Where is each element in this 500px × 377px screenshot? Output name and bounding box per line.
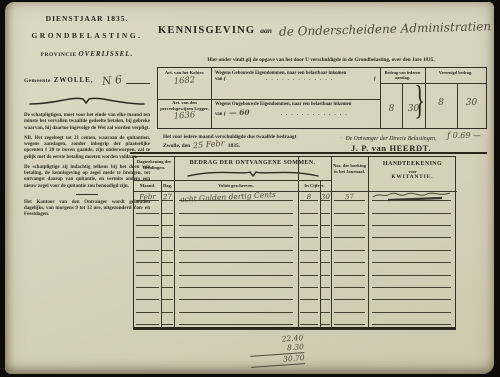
- payments-cell-gulden: 8: [298, 191, 320, 203]
- provincie-name: OVERIJSSEL.: [79, 50, 134, 58]
- bedrag-gulden-handwritten: 8: [382, 104, 401, 114]
- payments-cell-gulden: [298, 253, 320, 265]
- payments-cell-journaal: [331, 315, 368, 327]
- fill-dash: [334, 287, 365, 288]
- payments-cell-maand: [134, 302, 161, 314]
- dotted-leader: . . . . . . . . . . . . .: [226, 77, 374, 83]
- fill-dash: [179, 324, 293, 325]
- vereenigd-cent-handwritten: 30: [458, 98, 485, 108]
- payments-cell-dag: [161, 228, 174, 240]
- payments-cell-maand: [134, 315, 161, 327]
- fill-dash: [179, 200, 293, 201]
- fill-dash: [372, 213, 450, 214]
- payments-cell-voluit-value: acht Gulden dertig Cents: [174, 189, 298, 204]
- dotted-leader: . . . . . . . . . . . . .: [253, 112, 376, 118]
- payments-row: [134, 216, 457, 228]
- payments-cell-voluit: [174, 265, 298, 277]
- payments-cell-voluit: [174, 240, 298, 252]
- payments-cell-handtekening: [368, 265, 457, 277]
- payments-cell-handtekening: [368, 290, 457, 302]
- fill-dash: [162, 275, 173, 276]
- fill-dash: [300, 287, 318, 288]
- fill-dash: [321, 262, 330, 263]
- gemeente-fill-line: [126, 76, 150, 84]
- payments-cell-cent: [320, 315, 331, 327]
- payments-cell-handtekening: [368, 191, 457, 203]
- gemeente-name: ZWOLLE,: [54, 76, 94, 84]
- payments-cell-handtekening: [368, 315, 457, 327]
- fill-dash: [179, 287, 293, 288]
- gemeente-number-handwritten: N 6: [101, 77, 122, 85]
- payments-cell-journaal: [331, 302, 368, 314]
- payments-cell-dag: [161, 290, 174, 302]
- payments-cell-journaal: [331, 265, 368, 277]
- payments-row: [134, 265, 457, 277]
- fill-dash: [372, 324, 450, 325]
- fill-dash: [372, 262, 450, 263]
- fill-dash: [162, 324, 173, 325]
- fill-dash: [179, 213, 293, 214]
- fill-dash: [372, 312, 450, 313]
- instruction-paragraph-2: NB. Het zegelregt tot 21 centen, waaraan…: [24, 136, 150, 161]
- fill-dash: [179, 312, 293, 313]
- gebouwd-prefix: van ƒ: [215, 77, 226, 83]
- payments-cell-cent: [320, 228, 331, 240]
- scan-background: DIENSTJAAR 1835. GRONDBELASTING. PROVINC…: [0, 0, 500, 377]
- fill-dash: [162, 250, 173, 251]
- payments-row: [134, 203, 457, 215]
- payments-cell-gulden: [298, 265, 320, 277]
- fill-dash: [321, 324, 330, 325]
- fill-dash: [136, 213, 159, 214]
- grondbelasting-line: GRONDBELASTING.: [24, 31, 150, 40]
- heavy-rule: [130, 152, 487, 154]
- small-divider: [76, 194, 98, 195]
- payments-cell-journaal: 57: [331, 191, 368, 203]
- fill-dash: [334, 324, 365, 325]
- payments-row: Febr27acht Gulden dertig Cents83057: [134, 191, 457, 203]
- dag-header: Dag.: [161, 183, 174, 189]
- gebouwd-suffix: ƒ: [374, 77, 376, 83]
- fill-dash: [300, 275, 318, 276]
- payments-cell-dag: [161, 265, 174, 277]
- payments-cell-voluit: [174, 216, 298, 228]
- payments-cell-cent: [320, 203, 331, 215]
- fill-dash: [179, 275, 293, 276]
- ongebouwd-income-handwritten: — 60: [229, 108, 250, 118]
- payments-cell-maand: [134, 278, 161, 290]
- payments-cell-journaal: [331, 228, 368, 240]
- receiver-role: De Ontvanger der Directe Belastingen,: [300, 136, 482, 142]
- handtekening-line3: KWITANTIE.: [368, 174, 457, 181]
- fill-dash: [321, 237, 330, 238]
- date-handwritten: 25 Febr: [193, 139, 225, 151]
- payments-cell-journaal: [331, 278, 368, 290]
- fill-dash: [300, 262, 318, 263]
- fill-dash: [162, 200, 173, 201]
- payments-row: [134, 315, 457, 327]
- fill-dash: [334, 213, 365, 214]
- payments-cell-maand: [134, 228, 161, 240]
- vereenigd-header-cell: Vereenigd bedrag.: [425, 68, 486, 83]
- fill-dash: [179, 262, 293, 263]
- payments-cell-cent: [320, 290, 331, 302]
- fill-dash: [321, 275, 330, 276]
- payments-cell-handtekening: [368, 228, 457, 240]
- fill-dash: [372, 237, 450, 238]
- payments-cell-voluit: [174, 315, 298, 327]
- fill-dash: [162, 287, 173, 288]
- gebouwd-row: Wegens Gebouwde Eigendommen, naar een be…: [211, 68, 380, 99]
- fill-dash: [334, 200, 365, 201]
- payments-cell-voluit: [174, 228, 298, 240]
- dienstjaar-line: DIENSTJAAR 1835.: [24, 14, 150, 23]
- fill-dash: [334, 299, 365, 300]
- payments-cell-gulden: [298, 278, 320, 290]
- dagteekening-header: Dagteekening der Betalingen.: [135, 159, 173, 170]
- kennisgeving-title: KENNISGEVING: [158, 25, 255, 36]
- fill-dash: [321, 299, 330, 300]
- brace-decoration: }: [414, 78, 425, 122]
- payments-cell-voluit: [174, 203, 298, 215]
- handtekening-header: HANDTEEKENING voor KWITANTIE.: [368, 161, 457, 180]
- payments-cell-cent: [320, 240, 331, 252]
- dateline: Zwolle, den 25 Febr 1835.: [163, 140, 240, 149]
- payments-cell-maand: [134, 253, 161, 265]
- bedrag-sommen-header: BEDRAG DER ONTVANGENE SOMMEN.: [174, 160, 331, 168]
- assessment-table: Art. van het Kohier. 1682 Art. van den p…: [157, 67, 487, 129]
- payments-divider: [134, 180, 331, 181]
- payments-cell-handtekening: [368, 240, 457, 252]
- instruction-paragraph-1: De schatpligtigen, moet voor het einde v…: [24, 113, 150, 132]
- fill-dash: [372, 299, 450, 300]
- fill-dash: [136, 275, 159, 276]
- fill-dash: [334, 250, 365, 251]
- handwritten-sums: 22.40 8.30 30.70: [249, 333, 305, 368]
- payments-cell-journaal: [331, 216, 368, 228]
- fill-dash: [300, 200, 318, 201]
- payments-cell-maand: [134, 216, 161, 228]
- fill-dash: [372, 200, 450, 201]
- signature-block: De Ontvanger der Directe Belastingen, J.…: [300, 136, 482, 153]
- gebouwd-amount-line: van ƒ . . . . . . . . . . . . . ƒ: [215, 77, 376, 83]
- kohier-number-handwritten: 1682: [158, 74, 212, 88]
- fill-dash: [136, 262, 159, 263]
- provincie-label: PROVINCIE: [41, 52, 77, 58]
- gemeente-line: Gemeente ZWOLLE, N 6: [24, 76, 150, 84]
- payments-cell-maand: [134, 240, 161, 252]
- payments-cell-dag: [161, 253, 174, 265]
- fill-dash: [162, 262, 173, 263]
- fill-dash: [162, 237, 173, 238]
- fill-dash: [179, 299, 293, 300]
- brace-decoration-horizontal: [186, 168, 320, 178]
- provincie-line: PROVINCIE OVERIJSSEL.: [24, 50, 150, 58]
- payments-cell-dag: [161, 216, 174, 228]
- fill-dash: [162, 213, 173, 214]
- payments-cell-maand: [134, 203, 161, 215]
- fill-dash: [300, 324, 318, 325]
- fill-dash: [136, 312, 159, 313]
- sidebar-instructions: De schatpligtigen, moet voor het einde v…: [24, 113, 150, 219]
- fill-dash: [321, 213, 330, 214]
- payments-cell-journaal: [331, 253, 368, 265]
- payments-cell-dag: [161, 278, 174, 290]
- notice-header: KENNISGEVING aan de Onderscheidene Admin…: [158, 22, 484, 36]
- fill-dash: [334, 275, 365, 276]
- payments-cell-dag: 27: [161, 191, 174, 203]
- cijfers-header: In Cijfers.: [298, 183, 331, 189]
- fill-dash: [300, 225, 318, 226]
- payments-cell-voluit: [174, 253, 298, 265]
- fill-dash: [136, 299, 159, 300]
- place-label: Zwolle, den: [163, 143, 190, 149]
- kantoor-paragraph: Het Kantoor van den Ontvanger wordt geho…: [24, 200, 150, 219]
- ongebouwd-amount-line: van ƒ — 60 . . . . . . . . . . . . .: [215, 108, 376, 118]
- instruction-paragraph-3: De schatpligtige zij indachtig telkens b…: [24, 165, 150, 190]
- fill-dash: [300, 299, 318, 300]
- payments-cell-maand: Febr: [134, 191, 161, 203]
- fill-dash: [136, 200, 159, 201]
- flourish-divider: [28, 93, 146, 106]
- ongebouwd-row: Wegens Ongebouwde Eigendommen, naar een …: [211, 99, 380, 128]
- fill-dash: [321, 287, 330, 288]
- payments-cell-voluit: [174, 278, 298, 290]
- payments-bottom-rule: [134, 327, 455, 330]
- payments-cell-cent: [320, 216, 331, 228]
- payments-cell-handtekening: [368, 203, 457, 215]
- payments-row: [134, 302, 457, 314]
- fill-dash: [136, 324, 159, 325]
- fill-dash: [334, 262, 365, 263]
- journaal-header: Nos. der boeking in het Journaal.: [332, 163, 367, 174]
- payments-cell-cent: [320, 278, 331, 290]
- fill-dash: [334, 225, 365, 226]
- addressee-handwritten: de Onderscheidene Administratien: [279, 19, 491, 39]
- payments-cell-handtekening: [368, 216, 457, 228]
- payments-cell-maand: [134, 290, 161, 302]
- payments-rows: Febr27acht Gulden dertig Cents83057: [134, 191, 457, 327]
- voluit-header: Voluit geschreven.: [174, 183, 298, 189]
- payments-cell-dag: [161, 302, 174, 314]
- fill-dash: [300, 312, 318, 313]
- fill-dash: [162, 299, 173, 300]
- fill-dash: [321, 200, 330, 201]
- fill-dash: [179, 237, 293, 238]
- payments-cell-gulden: [298, 228, 320, 240]
- gemeente-label: Gemeente: [24, 78, 51, 84]
- fill-dash: [136, 250, 159, 251]
- payments-row: [134, 290, 457, 302]
- payments-cell-gulden: [298, 302, 320, 314]
- payments-cell-handtekening: [368, 302, 457, 314]
- payments-cell-journaal: [331, 290, 368, 302]
- payments-cell-dag: [161, 315, 174, 327]
- maand-header: Maand.: [134, 183, 161, 189]
- payments-row: [134, 240, 457, 252]
- fill-dash: [321, 250, 330, 251]
- fill-dash: [136, 287, 159, 288]
- payments-table: Dagteekening der Betalingen. Maand. Dag.…: [133, 156, 456, 330]
- aan-label: aan: [260, 26, 272, 35]
- payments-cell-handtekening: [368, 253, 457, 265]
- payments-cell-journaal: [331, 240, 368, 252]
- year-label: 1835.: [228, 143, 240, 149]
- fill-dash: [162, 225, 173, 226]
- kohier-cell: Art. van het Kohier. 1682: [158, 68, 211, 99]
- payments-cell-journaal: [331, 203, 368, 215]
- fill-dash: [162, 312, 173, 313]
- fill-dash: [372, 250, 450, 251]
- fill-dash: [321, 312, 330, 313]
- fill-dash: [334, 237, 365, 238]
- payments-cell-gulden: [298, 216, 320, 228]
- payments-cell-gulden: [298, 203, 320, 215]
- fill-dash: [136, 237, 159, 238]
- payments-cell-gulden: [298, 290, 320, 302]
- payments-cell-gulden: [298, 240, 320, 252]
- payments-cell-dag: [161, 203, 174, 215]
- vereenigd-gulden-handwritten: 8: [426, 98, 456, 108]
- payments-row: [134, 278, 457, 290]
- payments-cell-voluit: [174, 290, 298, 302]
- payments-row: [134, 253, 457, 265]
- fill-dash: [372, 287, 450, 288]
- payments-cell-handtekening: [368, 278, 457, 290]
- fill-dash: [372, 275, 450, 276]
- fill-dash: [372, 225, 450, 226]
- fill-dash: [136, 225, 159, 226]
- payments-cell-voluit: [174, 302, 298, 314]
- legger-number-handwritten: 1636: [158, 109, 212, 123]
- legger-cell: Art. van den perceelsgewijzen Legger. 16…: [158, 99, 211, 128]
- fill-dash: [300, 250, 318, 251]
- handtekening-line1: HANDTEEKENING: [368, 161, 457, 169]
- payments-cell-cent: [320, 265, 331, 277]
- fill-dash: [321, 225, 330, 226]
- fill-dash: [300, 237, 318, 238]
- payments-cell-cent: [320, 253, 331, 265]
- fill-dash: [300, 213, 318, 214]
- masthead-sidebar: DIENSTJAAR 1835. GRONDBELASTING. PROVINC…: [24, 14, 150, 223]
- ongebouwd-prefix: van ƒ: [215, 112, 226, 118]
- payments-cell-cent: 30: [320, 191, 331, 203]
- fill-dash: [179, 250, 293, 251]
- payments-cell-gulden: [298, 315, 320, 327]
- payments-row: [134, 228, 457, 240]
- fill-dash: [179, 225, 293, 226]
- assessment-divider: [380, 83, 486, 84]
- intro-line: Hier onder vindt gij de opgave van het d…: [160, 57, 482, 63]
- payments-cell-voluit: acht Gulden dertig Cents: [174, 191, 298, 203]
- payments-cell-dag: [161, 240, 174, 252]
- fill-dash: [334, 312, 365, 313]
- payments-cell-cent: [320, 302, 331, 314]
- payments-cell-maand: [134, 265, 161, 277]
